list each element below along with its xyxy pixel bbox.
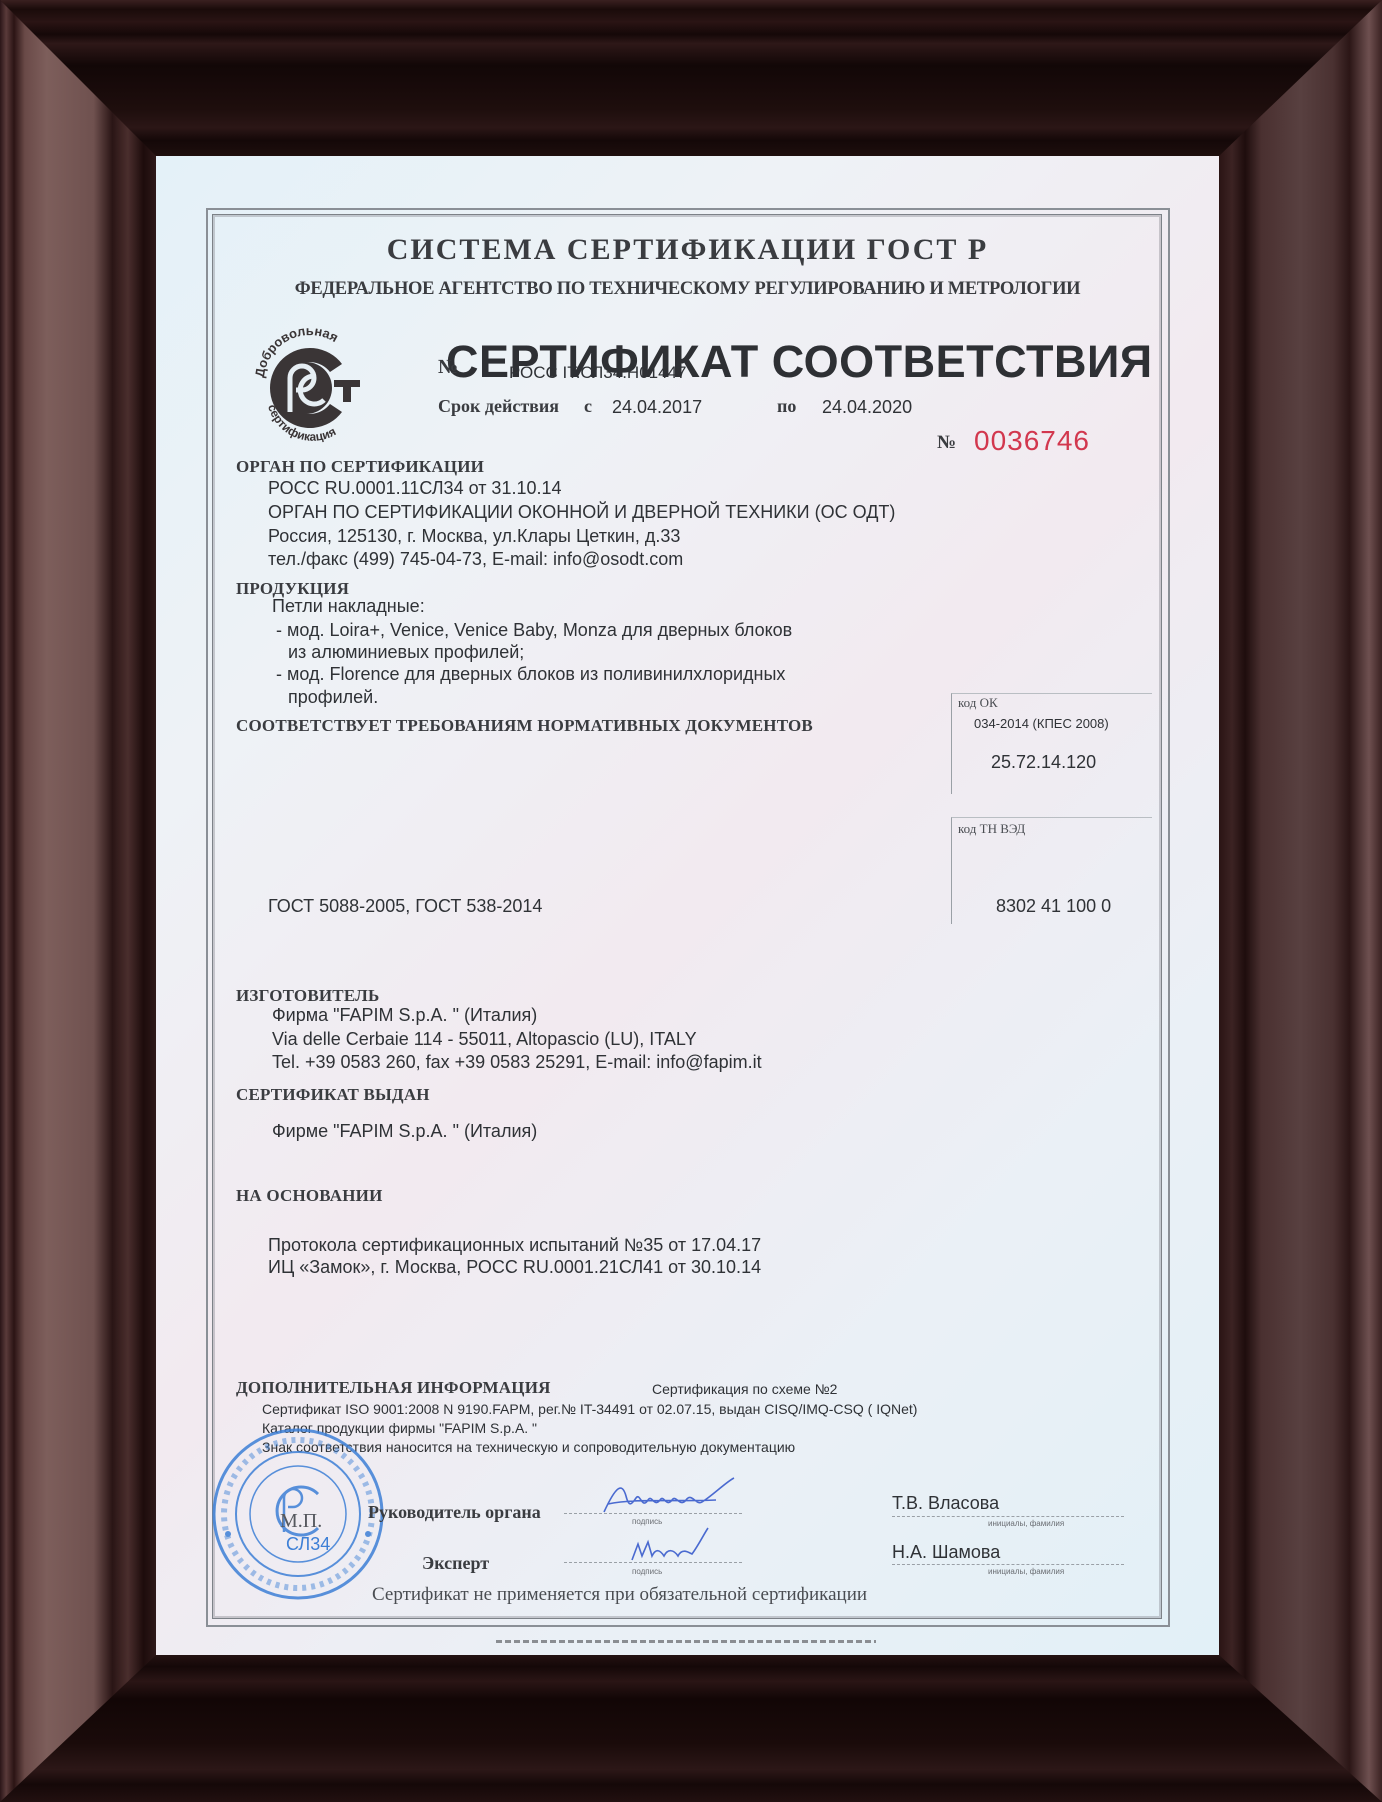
validity-label: Срок действия: [438, 396, 559, 417]
signature-scribble-icon: [626, 1526, 716, 1566]
signatory-role: Эксперт: [422, 1553, 489, 1574]
ok-classifier: 034-2014 (КПЕС 2008): [974, 716, 1109, 731]
blank-serial-number: 0036746: [974, 425, 1090, 457]
frame-bottom-rail: [0, 1655, 1382, 1802]
product-line: - мод. Loira+, Venice, Venice Baby, Monz…: [276, 620, 792, 641]
rst-logo-icon: Добровольная сертификация: [244, 320, 374, 450]
footer-note: Сертификат не применяется при обязательн…: [372, 1584, 867, 1606]
signatory-name: Т.В. Власова: [892, 1493, 999, 1514]
number-label: №: [438, 356, 458, 379]
certificate-number: РОСС IT.СЛ34.Н01447: [509, 363, 686, 383]
basis-line: Протокола сертификационных испытаний №35…: [268, 1235, 761, 1256]
frame-top-rail: [0, 0, 1382, 156]
stamp-code: СЛ34: [286, 1534, 330, 1555]
ok-code-value: 25.72.14.120: [991, 752, 1096, 773]
frame-right-rail: [1219, 0, 1382, 1802]
product-line: профилей.: [288, 687, 378, 708]
signatory-role: Руководитель органа: [368, 1502, 541, 1523]
cert-body-line: тел./факс (499) 745-04-73, E-mail: info@…: [268, 549, 683, 570]
section-heading-compliance: СООТВЕТСТВУЕТ ТРЕБОВАНИЯМ НОРМАТИВНЫХ ДО…: [236, 716, 813, 736]
signatory-name: Н.А. Шамова: [892, 1542, 1000, 1563]
ok-code-label: код ОК: [958, 695, 998, 711]
certificate-document: СИСТЕМА СЕРТИФИКАЦИИ ГОСТ Р ФЕДЕРАЛЬНОЕ …: [156, 156, 1219, 1655]
issued-to-value: Фирме "FAPIM S.p.A. " (Италия): [272, 1121, 537, 1142]
section-heading-additional: ДОПОЛНИТЕЛЬНАЯ ИНФОРМАЦИЯ: [236, 1378, 551, 1398]
basis-line: ИЦ «Замок», г. Москва, РОСС RU.0001.21СЛ…: [268, 1257, 761, 1278]
validity-to-label: по: [777, 396, 796, 417]
section-heading-manufacturer: ИЗГОТОВИТЕЛЬ: [236, 986, 379, 1006]
signature-scribble-icon: [596, 1476, 746, 1521]
cert-body-line: Россия, 125130, г. Москва, ул.Клары Цетк…: [268, 526, 680, 547]
validity-to-date: 24.04.2020: [822, 397, 912, 418]
frame-left-rail: [0, 0, 156, 1802]
manufacturer-line: Tel. +39 0583 260, fax +39 0583 25291, E…: [272, 1052, 762, 1073]
blank-number-label: №: [937, 432, 956, 454]
stamp-place-label: М.П.: [280, 1510, 322, 1533]
validity-from-date: 24.04.2017: [612, 397, 702, 418]
printer-imprint: [496, 1640, 876, 1643]
name-caption: инициалы, фамилия: [988, 1519, 1064, 1528]
manufacturer-line: Via delle Cerbaie 114 - 55011, Altopasci…: [272, 1029, 697, 1050]
product-line: - мод. Florence для дверных блоков из по…: [276, 664, 785, 685]
compliance-standards: ГОСТ 5088-2005, ГОСТ 538-2014: [268, 896, 542, 917]
certification-scheme: Сертификация по схеме №2: [652, 1381, 837, 1397]
signature-caption: подпись: [632, 1517, 662, 1526]
name-caption: инициалы, фамилия: [988, 1567, 1064, 1576]
cert-body-line: ОРГАН ПО СЕРТИФИКАЦИИ ОКОННОЙ И ДВЕРНОЙ …: [268, 502, 895, 523]
agency-name: ФЕДЕРАЛЬНОЕ АГЕНТСТВО ПО ТЕХНИЧЕСКОМУ РЕ…: [156, 279, 1219, 300]
section-heading-issued-to: СЕРТИФИКАТ ВЫДАН: [236, 1085, 430, 1105]
validity-from-label: с: [584, 396, 592, 417]
additional-line: Сертификат ISO 9001:2008 N 9190.FAPM, ре…: [262, 1401, 917, 1417]
cert-body-line: РОСС RU.0001.11СЛ34 от 31.10.14: [268, 478, 562, 499]
name-line: [892, 1564, 1124, 1565]
section-heading-certification-body: ОРГАН ПО СЕРТИФИКАЦИИ: [236, 457, 484, 477]
manufacturer-line: Фирма "FAPIM S.p.A. " (Италия): [272, 1005, 537, 1026]
product-line: Петли накладные:: [272, 596, 425, 617]
system-title: СИСТЕМА СЕРТИФИКАЦИИ ГОСТ Р: [156, 233, 1219, 267]
product-line: из алюминиевых профилей;: [288, 642, 524, 663]
tnved-code-label: код ТН ВЭД: [958, 821, 1025, 837]
tnved-code-value: 8302 41 100 0: [996, 896, 1111, 917]
signature-caption: подпись: [632, 1567, 662, 1576]
name-line: [892, 1516, 1124, 1517]
section-heading-basis: НА ОСНОВАНИИ: [236, 1186, 383, 1206]
